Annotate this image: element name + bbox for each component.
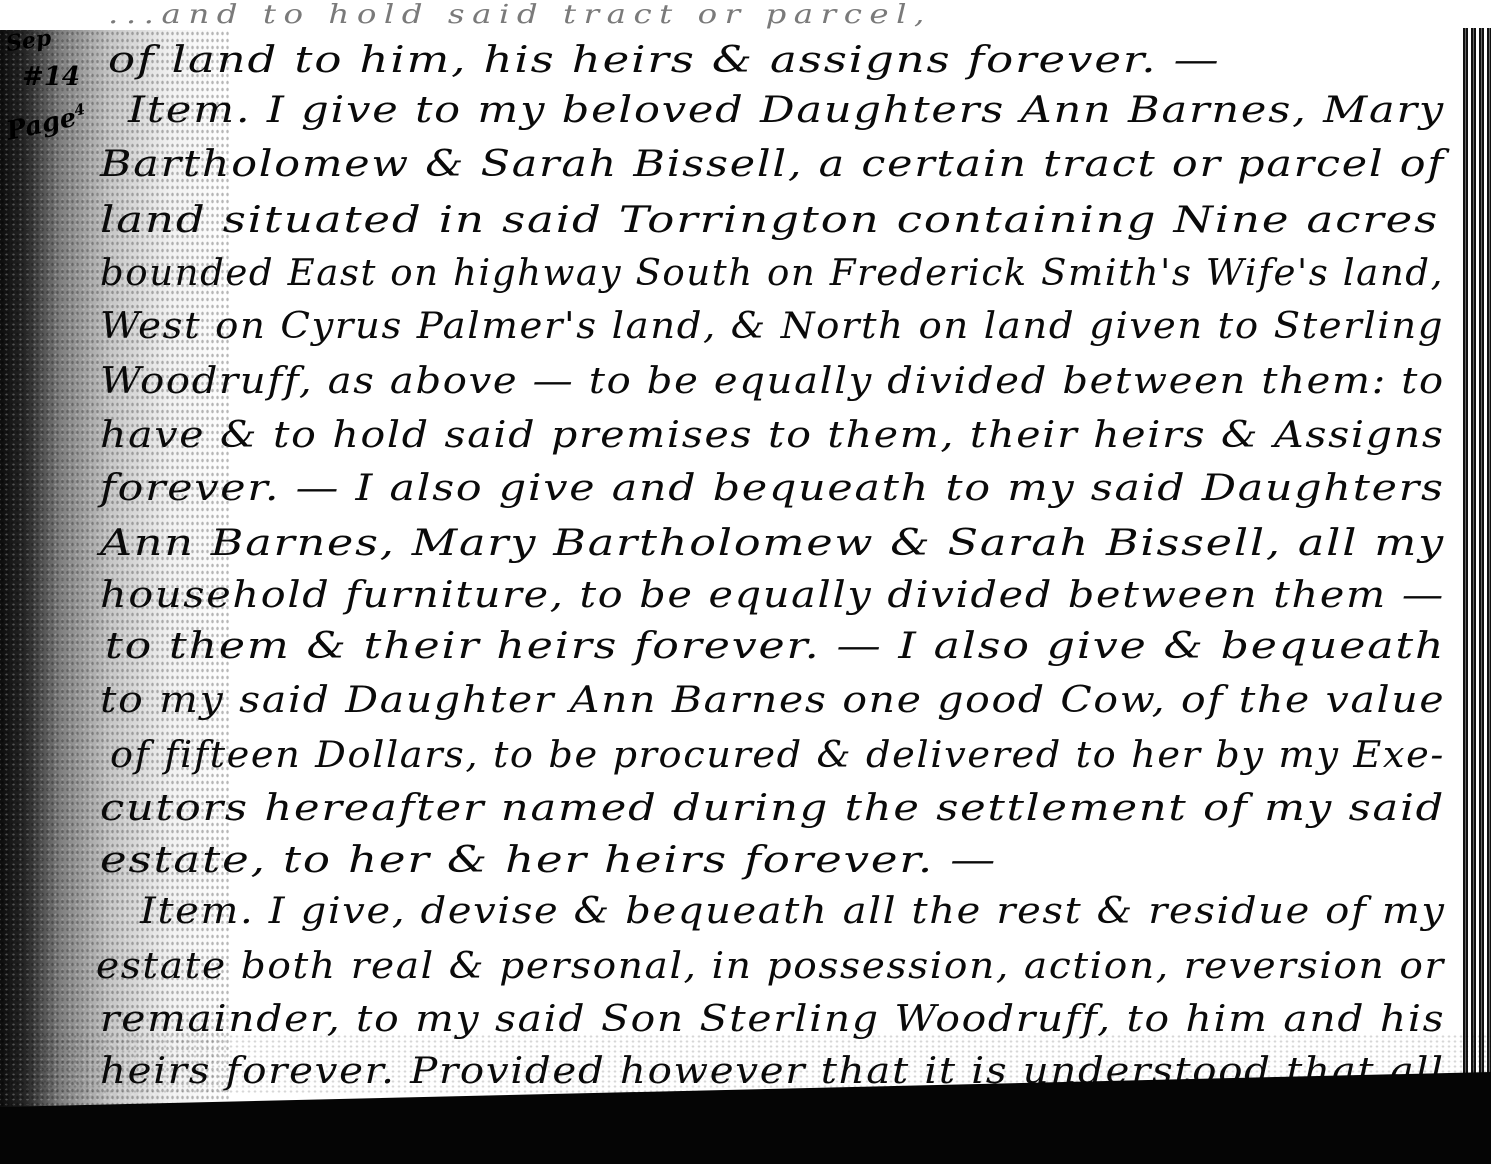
text-line-10: Ann Barnes, Mary Bartholomew & Sarah Bis… <box>100 523 1445 564</box>
handwritten-text-body: ...and to hold said tract or parcel, of … <box>0 0 1491 1164</box>
text-line-1: of land to him, his heirs & assigns fore… <box>108 40 1221 81</box>
text-line-4: land situated in said Torrington contain… <box>100 200 1439 241</box>
text-line-0: ...and to hold said tract or parcel, <box>108 0 932 30</box>
text-line-6: West on Cyrus Palmer's land, & North on … <box>100 306 1444 347</box>
text-line-11: household furniture, to be equally divid… <box>100 575 1445 616</box>
text-line-19: remainder, to my said Son Sterling Woodr… <box>100 999 1445 1040</box>
text-line-14: of fifteen Dollars, to be procured & del… <box>110 735 1445 776</box>
text-line-2: Item. I give to my beloved Daughters Ann… <box>128 90 1445 131</box>
text-line-17: Item. I give, devise & bequeath all the … <box>140 891 1446 932</box>
text-line-13: to my said Daughter Ann Barnes one good … <box>100 680 1445 721</box>
text-line-12: to them & their heirs forever. — I also … <box>105 626 1445 667</box>
scanned-document-page: Sep #14 Page4 ...and to hold said tract … <box>0 0 1491 1164</box>
text-line-15: cutors hereafter named during the settle… <box>100 788 1445 829</box>
text-line-8: have & to hold said premises to them, th… <box>100 415 1445 456</box>
text-line-16: estate, to her & her heirs forever. — <box>100 840 997 881</box>
text-line-7: Woodruff, as above — to be equally divid… <box>100 361 1445 402</box>
text-line-18: estate both real & personal, in possessi… <box>96 946 1445 987</box>
text-line-5: bounded East on highway South on Frederi… <box>100 253 1444 294</box>
text-line-9: forever. — I also give and bequeath to m… <box>100 468 1445 509</box>
margin-record-number: #14 <box>22 62 80 92</box>
text-line-3: Bartholomew & Sarah Bissell, a certain t… <box>100 144 1445 185</box>
